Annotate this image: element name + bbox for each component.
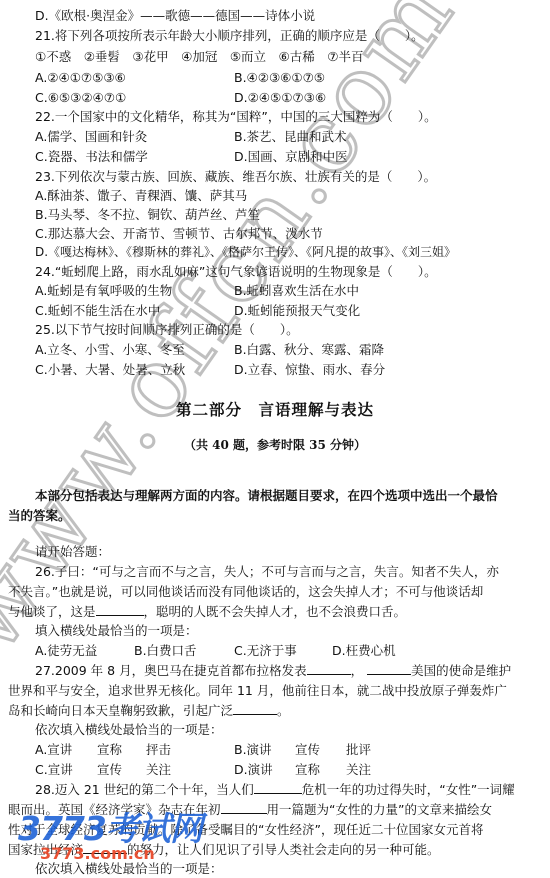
q28-line4: 国家拉出经济的努力，让人们见识了引导人类社会走向的另一种可能。 — [8, 840, 440, 859]
q23-option-a: A.酥油茶、馓子、青稞酒、馕、萨其马 — [35, 186, 247, 205]
q21-option-d: D.②④⑤①⑦③⑥ — [234, 88, 326, 107]
q27-option-d-3: 关注 — [346, 760, 371, 779]
q27-option-a-3: 抨击 — [146, 740, 171, 759]
q27-option-c-1: C.宣讲 — [35, 760, 73, 779]
q28-prompt: 依次填入横线处最恰当的一项是： — [35, 859, 223, 878]
q27-option-a-1: A.宣讲 — [35, 740, 72, 759]
q27-line1: 27.2009 年 8 月，奥巴马在捷克首都布拉格发表，美国的使命是维护 — [35, 661, 511, 680]
q28-blank-1 — [254, 780, 302, 794]
q27-option-b-3: 批评 — [346, 740, 371, 759]
q28-line4-text-a: 国家拉出经济 — [8, 842, 83, 857]
q27-option-b-2: 宣传 — [295, 740, 320, 759]
q28-blank-2 — [221, 800, 267, 814]
q28-line1: 28.迈入 21 世纪的第二个十年，当人们危机一年的功过得失时，“女性”一词耀 — [35, 780, 515, 799]
q25-option-b: B.白露、秋分、寒露、霜降 — [234, 340, 384, 359]
q24-option-d: D.蚯蚓能预报天气变化 — [234, 301, 360, 320]
q27-blank-3 — [233, 701, 277, 715]
q27-prompt: 依次填入横线处最恰当的一项是： — [35, 720, 223, 739]
q27-line1-text-c: 美国的使命是维护 — [411, 663, 511, 678]
q22-option-d: D.国画、京剧和中医 — [234, 147, 348, 166]
q27-line1-text-a: 27.2009 年 8 月，奥巴马在捷克首都布拉格发表 — [35, 663, 307, 678]
q23-stem: 23.下列依次与蒙古族、回族、藏族、维吾尔族、壮族有关的是（ ）。 — [35, 167, 436, 186]
q27-line2: 世界和平与安全，追求世界无核化。同年 11 月，他前往日本，就二战中投放原子弹轰… — [8, 681, 507, 700]
q23-option-d: D.《嘎达梅林》、《穆斯林的葬礼》、《格萨尔王传》、《阿凡提的故事》、《刘三姐》 — [35, 243, 456, 262]
q28-line1-text-a: 28.迈入 21 世纪的第二个十年，当人们 — [35, 782, 254, 797]
q22-option-c: C.瓷器、书法和儒学 — [35, 147, 148, 166]
q26-line1: 26.子曰：“可与之言而不与之言，失人；不可与言而与之言，失言。知者不失人，亦 — [35, 562, 499, 581]
q28-line2: 眼而出。英国《经济学家》杂志在年初用一篇题为“女性的力量”的文章来描绘女 — [8, 800, 492, 819]
q28-line1-text-b: 危机一年的功过得失时，“女性”一词耀 — [302, 782, 515, 797]
q27-line1-text-b: ， — [351, 663, 364, 678]
q25-option-d: D.立春、惊蛰、雨水、春分 — [234, 360, 385, 379]
q27-option-d-1: D.演讲 — [234, 760, 273, 779]
q26-option-b: B.白费口舌 — [134, 641, 197, 660]
q26-prompt: 填入横线处最恰当的一项是： — [35, 621, 198, 640]
q21-stem: 21.将下列各项按所表示年龄大小顺序排列，正确的顺序应是（ ）。 — [35, 26, 424, 45]
start-prompt: 请开始答题： — [35, 542, 110, 561]
section-intro-line1: 本部分包括表达与理解两方面的内容。请根据题目要求，在四个选项中选出一个最恰 — [35, 486, 498, 505]
q22-option-b: B.茶艺、昆曲和武术 — [234, 127, 347, 146]
q26-blank — [96, 602, 144, 616]
q20-option-d: D.《欧根·奥涅金》——歌德——德国——诗体小说 — [35, 6, 315, 25]
document-page: www.offcn.com D.《欧根·奥涅金》——歌德——德国——诗体小说 2… — [0, 0, 550, 878]
q22-option-a: A.儒学、国画和针灸 — [35, 127, 147, 146]
q24-option-b: B.蚯蚓喜欢生活在水中 — [234, 281, 359, 300]
q21-items: ①不惑 ②垂髫 ③花甲 ④加冠 ⑤而立 ⑥古稀 ⑦半百 — [35, 47, 363, 66]
q23-option-c: C.那达慕大会、开斋节、雪顿节、古尔邦节、泼水节 — [35, 224, 323, 243]
section-intro-line2: 当的答案。 — [8, 506, 71, 525]
q27-line3: 岛和长崎向日本天皇鞠躬致歉，引起广泛。 — [8, 701, 290, 720]
q24-stem: 24.“蚯蚓爬上路，雨水乱如麻”这句气象谚语说明的生物现象是（ ）。 — [35, 262, 437, 281]
q28-line4-text-b: 的努力，让人们见识了引导人类社会走向的另一种可能。 — [127, 842, 440, 857]
q26-line2: 不失言。”也就是说，可以同他谈话而没有同他谈话的，这会失掉人才；不可与他谈话却 — [8, 582, 483, 601]
q26-option-c: C.无济于事 — [234, 641, 297, 660]
q27-option-c-2: 宣传 — [97, 760, 122, 779]
q27-line3-text-b: 。 — [277, 703, 290, 718]
q21-option-a: A.②④①⑦⑤③⑥ — [35, 68, 126, 87]
q21-option-c: C.⑥⑤③②④⑦① — [35, 88, 126, 107]
q27-line3-text-a: 岛和长崎向日本天皇鞠躬致歉，引起广泛 — [8, 703, 233, 718]
q27-option-a-2: 宣称 — [97, 740, 122, 759]
q27-option-c-3: 关注 — [146, 760, 171, 779]
section-subtitle: （共 40 题，参考时限 35 分钟） — [0, 436, 550, 455]
q26-option-a: A.徒劳无益 — [35, 641, 97, 660]
q27-option-d-2: 宣称 — [295, 760, 320, 779]
q25-option-c: C.小暑、大暑、处暑、立秋 — [35, 360, 185, 379]
q22-stem: 22.一个国家中的文化精华，称其为“国粹”，中国的三大国粹为（ ）。 — [35, 107, 437, 126]
q27-option-b-1: B.演讲 — [234, 740, 272, 759]
q27-blank-2 — [367, 661, 411, 675]
q25-option-a: A.立冬、小雪、小寒、冬至 — [35, 340, 185, 359]
q28-line2-text-b: 用一篇题为“女性的力量”的文章来描绘女 — [267, 802, 492, 817]
q24-option-c: C.蚯蚓不能生活在水中 — [35, 301, 160, 320]
q24-option-a: A.蚯蚓是有氧呼吸的生物 — [35, 281, 172, 300]
q28-blank-3 — [83, 840, 127, 854]
q26-line3: 与他谈了，这是，聪明的人既不会失掉人才，也不会浪费口舌。 — [8, 602, 406, 621]
q25-stem: 25.以下节气按时间顺序排列正确的是（ ）。 — [35, 320, 299, 339]
q27-blank-1 — [307, 661, 351, 675]
q26-line3-text-a: 与他谈了，这是 — [8, 604, 96, 619]
q28-line3: 性对于全球经济复苏的贡献。除了备受瞩目的“女性经济”，现任近二十位国家女元首将 — [8, 820, 483, 839]
q23-option-b: B.马头琴、冬不拉、铜钦、葫芦丝、芦笙 — [35, 205, 260, 224]
q28-line2-text-a: 眼而出。英国《经济学家》杂志在年初 — [8, 802, 221, 817]
section-title: 第二部分 言语理解与表达 — [0, 398, 550, 422]
q26-option-d: D.枉费心机 — [332, 641, 396, 660]
q21-option-b: B.④②③⑥①⑦⑤ — [234, 68, 325, 87]
q26-line3-text-b: ，聪明的人既不会失掉人才，也不会浪费口舌。 — [144, 604, 407, 619]
